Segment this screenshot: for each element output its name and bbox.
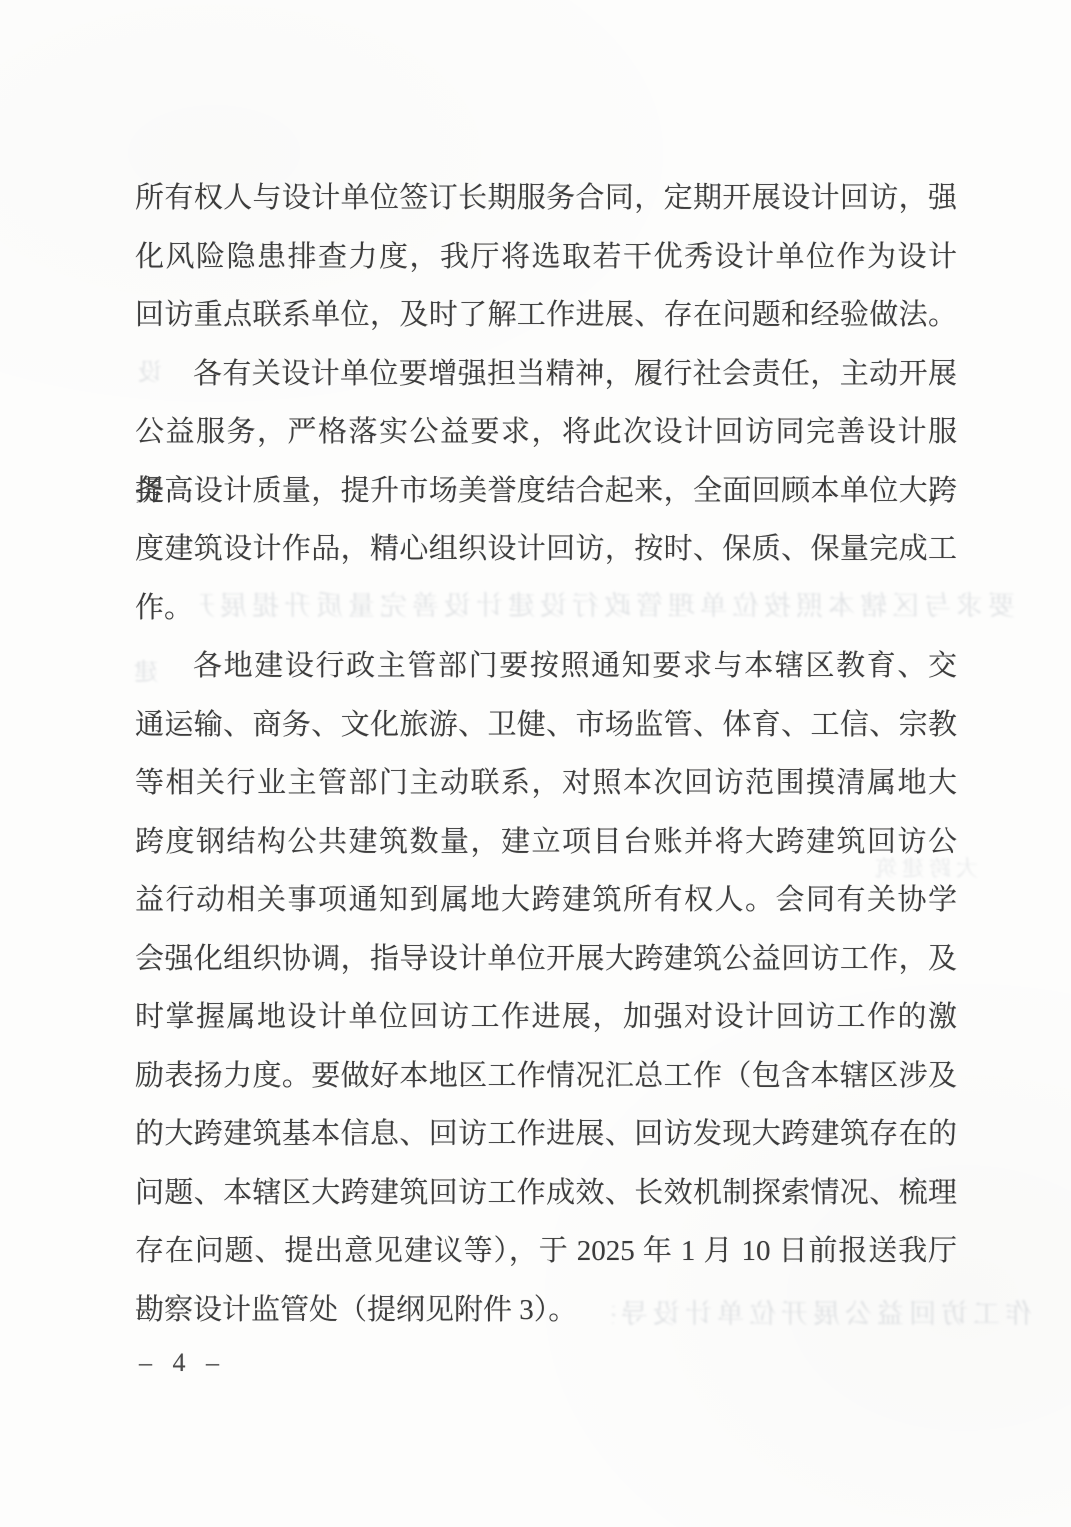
document-text-line: 公益服务，严格落实公益要求，将此次设计回访同完善设计服务，: [135, 403, 957, 462]
document-text-line: 励表扬力度。要做好本地区工作情况汇总工作（包含本辖区涉及: [135, 1047, 957, 1106]
document-text-line: 度建筑设计作品，精心组织设计回访，按时、保质、保量完成工: [135, 520, 957, 579]
document-text-line: 时掌握属地设计单位回访工作进展，加强对设计回访工作的激: [135, 988, 957, 1047]
document-page: 所有权人与设计单位签订长期服务合同，定期开展设计回访，强化风险隐患排查力度，我厅…: [0, 0, 1071, 1527]
document-text-line: 回访重点联系单位，及时了解工作进展、存在问题和经验做法。: [135, 286, 957, 345]
document-text-line: 化风险隐患排查力度，我厅将选取若干优秀设计单位作为设计: [135, 228, 957, 287]
document-text-line: 的大跨建筑基本信息、回访工作进展、回访发现大跨建筑存在的: [135, 1105, 957, 1164]
document-text-line: 会强化组织协调，指导设计单位开展大跨建筑公益回访工作，及: [135, 930, 957, 989]
document-text-line: 跨度钢结构公共建筑数量，建立项目台账并将大跨建筑回访公: [135, 813, 957, 872]
document-text-line: 所有权人与设计单位签订长期服务合同，定期开展设计回访，强: [135, 169, 957, 228]
document-text-line: 勘察设计监管处（提纲见附件 3）。: [135, 1281, 957, 1340]
document-text-line: 等相关行业主管部门主动联系，对照本次回访范围摸清属地大: [135, 754, 957, 813]
document-text-line: 提高设计质量，提升市场美誉度结合起来，全面回顾本单位大跨: [135, 462, 957, 521]
document-text-line: 益行动相关事项通知到属地大跨建筑所有权人。会同有关协学: [135, 871, 957, 930]
document-text-line: 问题、本辖区大跨建筑回访工作成效、长效机制探索情况、梳理: [135, 1164, 957, 1223]
document-body: 所有权人与设计单位签订长期服务合同，定期开展设计回访，强化风险隐患排查力度，我厅…: [135, 169, 957, 1339]
document-text-line: 作。: [135, 579, 957, 638]
document-text-line: 各地建设行政主管部门要按照通知要求与本辖区教育、交: [135, 637, 957, 696]
document-text-line: 存在问题、提出意见建议等），于 2025 年 1 月 10 日前报送我厅: [135, 1222, 957, 1281]
document-text-line: 各有关设计单位要增强担当精神，履行社会责任，主动开展: [135, 345, 957, 404]
document-text-line: 通运输、商务、文化旅游、卫健、市场监管、体育、工信、宗教: [135, 696, 957, 755]
page-number: – 4 –: [139, 1348, 226, 1378]
